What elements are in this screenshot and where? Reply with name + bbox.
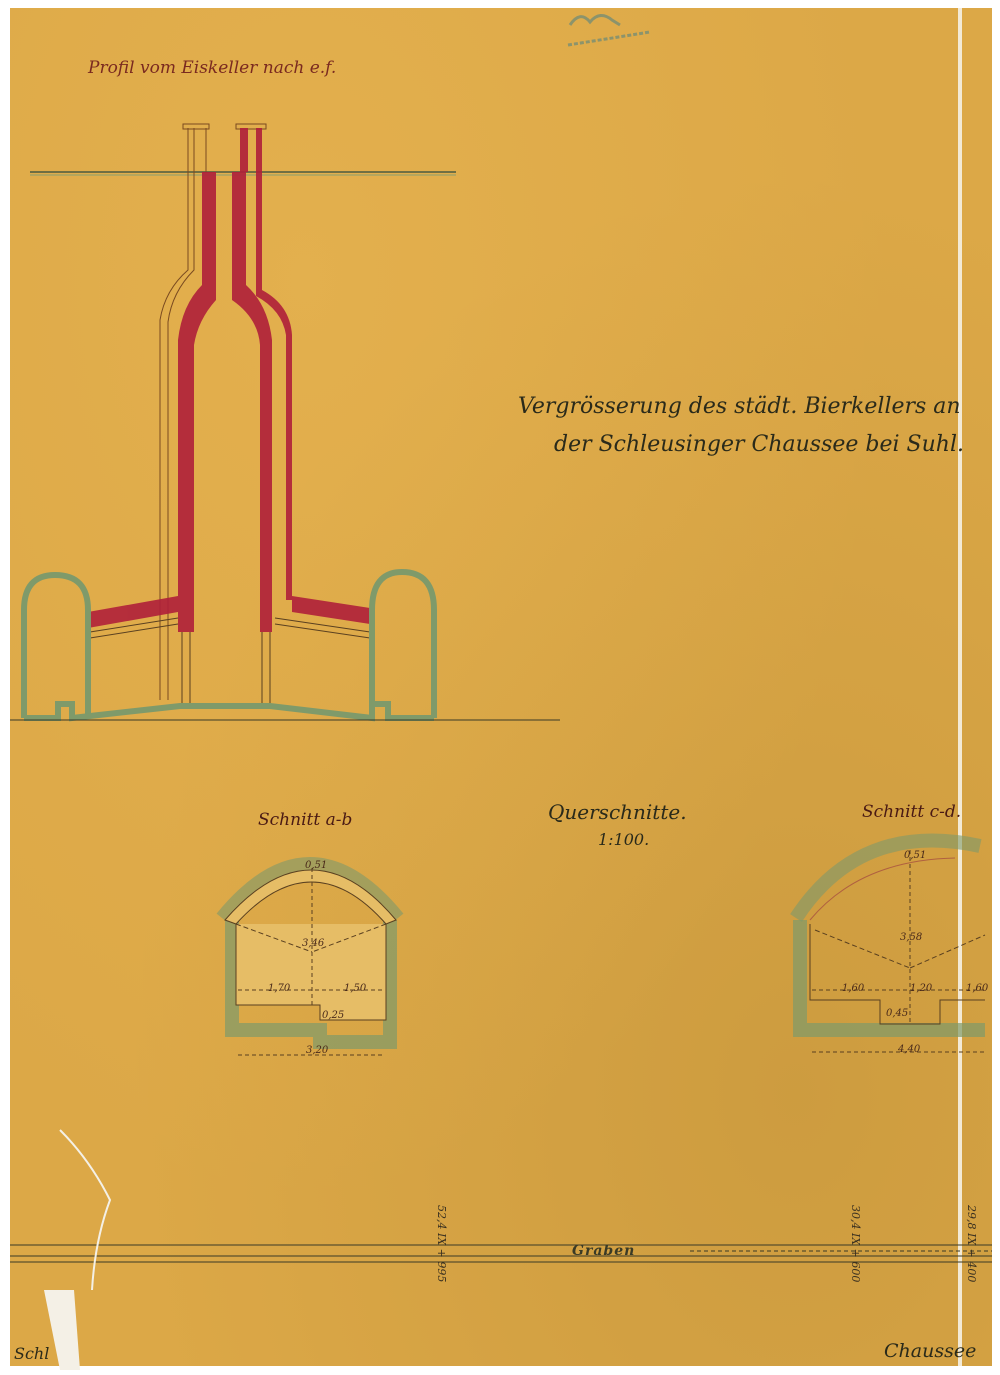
main-title: Vergrösserung des städt. Bierkellers an … <box>518 388 964 464</box>
station-label: 52,4 IX + 995 <box>435 1205 448 1282</box>
ditch-label: Graben <box>572 1243 635 1259</box>
station-label: 29,8 IX + 400 <box>965 1205 978 1282</box>
paper-tear <box>44 1290 80 1370</box>
station-label: 30,4 IX + 600 <box>849 1205 862 1282</box>
section-a-b-drawing <box>222 864 398 1055</box>
section-a-b-total-width: 3,20 <box>306 1045 328 1056</box>
section-c-d-label: Schnitt c-d. <box>862 802 961 822</box>
section-c-d-step: 0,45 <box>886 1008 908 1019</box>
road-label: Chaussee <box>884 1340 976 1362</box>
section-a-b-step: 0,25 <box>322 1010 344 1021</box>
ditch-lines <box>10 1245 992 1262</box>
profile-side-chambers <box>24 572 434 718</box>
section-c-d-right-width: 1,60 <box>966 983 988 994</box>
scale-label: 1:100. <box>598 830 649 849</box>
section-a-b-crown: 0,51 <box>305 860 327 871</box>
cross-sections-heading: Querschnitte. <box>548 800 687 824</box>
profile-title: Profil vom Eiskeller nach e.f. <box>88 58 336 78</box>
section-a-b-height: 3,46 <box>302 938 324 949</box>
drawing-linework <box>0 0 1000 1375</box>
section-c-d-total-width: 4,40 <box>898 1044 920 1055</box>
profile-red-walls <box>88 128 370 632</box>
section-a-b-right-width: 1,50 <box>344 983 366 994</box>
main-title-line1: Vergrösserung des städt. Bierkellers an <box>518 388 964 426</box>
main-title-line2: der Schleusinger Chaussee bei Suhl. <box>518 426 964 464</box>
section-c-d-crown: 0,51 <box>904 850 926 861</box>
section-c-d-middle-width: 1,20 <box>910 983 932 994</box>
section-c-d-left-width: 1,60 <box>842 983 864 994</box>
section-a-b-label: Schnitt a-b <box>258 810 352 830</box>
section-c-d-height: 3,58 <box>900 932 922 943</box>
corner-text: Schl <box>14 1344 49 1363</box>
section-a-b-left-width: 1,70 <box>268 983 290 994</box>
section-c-d-drawing <box>796 841 985 1052</box>
pencil-mark-icon <box>568 15 650 45</box>
